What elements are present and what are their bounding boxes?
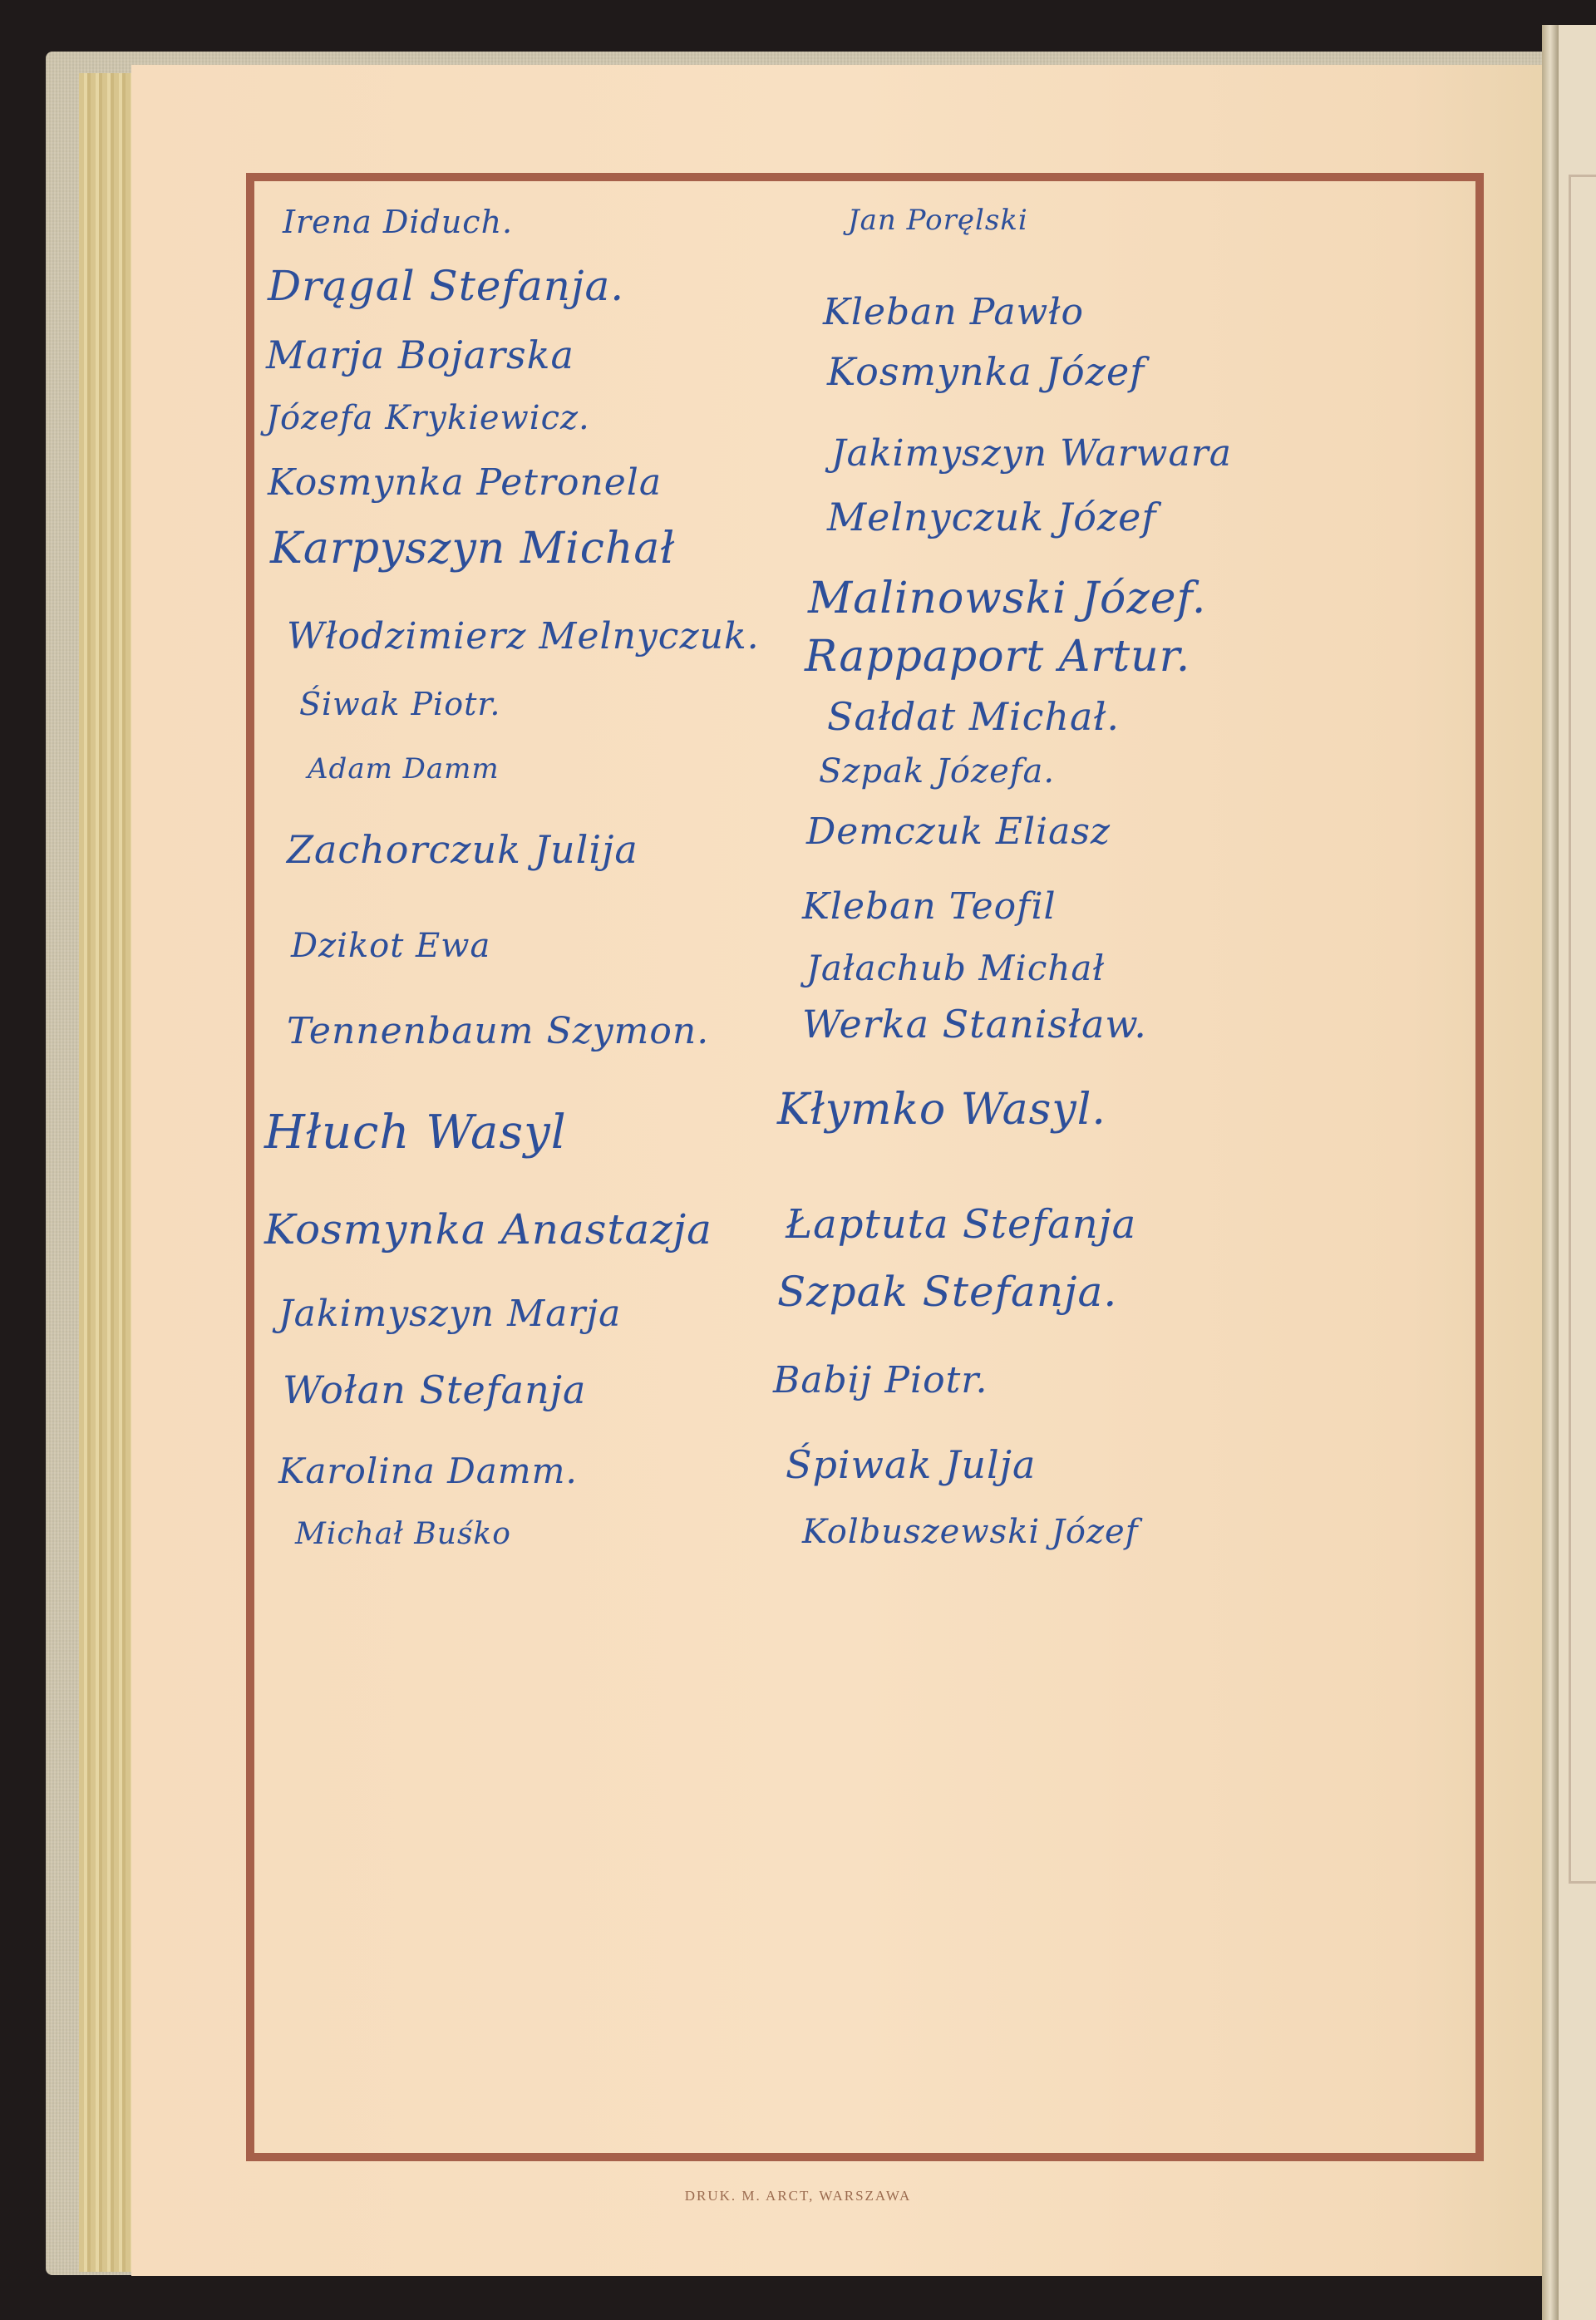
signature: Kolbuszewski Józef: [802, 1513, 1139, 1551]
signature: Szpak Józefa.: [819, 752, 1055, 791]
signature: Melnyczuk Józef: [827, 495, 1156, 539]
signature: Wołan Stefanja: [283, 1367, 586, 1412]
signature: Werka Stanisław.: [802, 1002, 1147, 1047]
book-gutter: [1542, 25, 1559, 2320]
signature: Józefa Krykiewicz.: [266, 399, 590, 437]
signature: Karolina Damm.: [278, 1451, 578, 1491]
signature: Malinowski Józef.: [808, 574, 1206, 623]
signature: Śiwak Piotr.: [299, 686, 500, 722]
signature: Michał Buśko: [295, 1517, 511, 1551]
signature: Szpak Stefanja.: [777, 1268, 1117, 1316]
signature: Marja Bojarska: [266, 332, 574, 377]
signature: Drągal Stefanja.: [268, 262, 624, 310]
signature: Demczuk Eliasz: [806, 810, 1111, 853]
signature: Tennenbaum Szymon.: [287, 1010, 709, 1052]
signature: Jakimyszyn Marja: [278, 1293, 621, 1335]
signature: Łaptuta Stefanja: [786, 1201, 1136, 1248]
signature: Kosmynka Petronela: [268, 461, 662, 504]
signature: Jakimyszyn Warwara: [831, 432, 1232, 475]
signature: Karpyszyn Michał: [270, 524, 675, 574]
signature: Rappaport Artur.: [805, 632, 1190, 682]
signature: Jan Poręlski: [848, 204, 1028, 237]
printer-imprint: DRUK. M. ARCT, WARSZAWA: [0, 2188, 1596, 2204]
signature: Irena Diduch.: [283, 204, 513, 240]
signature: Sałdat Michał.: [827, 694, 1120, 739]
page-edges: [79, 73, 133, 2272]
signature: Kosmynka Józef: [827, 349, 1145, 394]
signature: Śpiwak Julja: [786, 1442, 1036, 1487]
signature: Dzikot Ewa: [291, 927, 490, 965]
signature: Kłymko Wasyl.: [777, 1085, 1106, 1135]
signature: Kleban Pawło: [823, 291, 1084, 333]
adjacent-page-frame: [1569, 175, 1596, 1884]
signature: Hłuch Wasyl: [264, 1106, 567, 1160]
signature: Babij Piotr.: [773, 1359, 988, 1401]
signature: Kosmynka Anastazja: [264, 1205, 712, 1254]
adjacent-page: [1559, 25, 1596, 2320]
signature: Adam Damm: [308, 752, 500, 786]
signature: Kleban Teofil: [802, 885, 1057, 928]
signature: Włodzimierz Melnyczuk.: [287, 615, 760, 658]
signature: Zachorczuk Julija: [287, 827, 638, 872]
signature: Jałachub Michał: [806, 948, 1105, 988]
